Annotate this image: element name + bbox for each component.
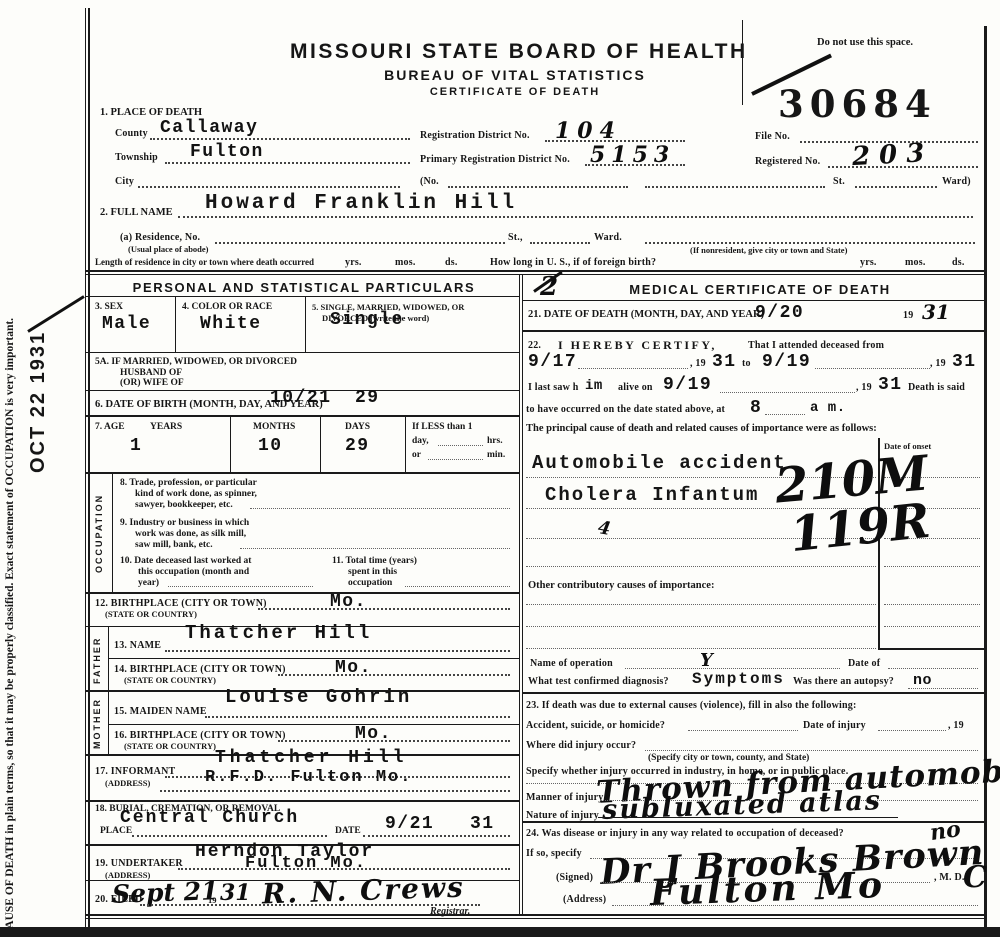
row-line	[85, 472, 519, 474]
row-line	[85, 592, 519, 594]
father-bp-label: 14. BIRTHPLACE (CITY OR TOWN)	[114, 664, 286, 676]
lastsaw-label: I last saw h	[528, 382, 578, 394]
item10-fill	[168, 586, 313, 587]
color-label: 4. COLOR OR RACE	[182, 302, 272, 313]
residence-label: (a) Residence, No.	[120, 232, 200, 244]
him-typed: im	[585, 378, 603, 394]
township-line	[165, 162, 410, 164]
address-label: (Address)	[563, 894, 606, 906]
cell-line	[175, 296, 176, 352]
file-no-label: File No.	[755, 131, 790, 143]
row-line	[85, 352, 519, 353]
from-year: 31	[712, 352, 737, 372]
bp-label: 12. BIRTHPLACE (CITY OR TOWN)	[95, 598, 267, 610]
onset-line5	[884, 604, 980, 605]
operation-mark: Y	[700, 650, 713, 671]
received-date-stamp: OCT 22 1931	[27, 278, 50, 473]
s23-where-label: Where did injury occur?	[526, 740, 636, 752]
cause-line4	[526, 566, 876, 567]
less-label1: If LESS than 1	[412, 422, 472, 433]
onset-box-bottom	[878, 648, 985, 650]
county-label: County	[115, 128, 148, 140]
township-value: Fulton	[190, 142, 264, 162]
informant-value: Thatcher Hill	[215, 748, 407, 768]
burial-date-value: 9/21	[385, 814, 434, 834]
physician-address: Fulton Mo	[649, 864, 885, 914]
item9-fill	[240, 548, 510, 549]
howlong-ds: ds.	[952, 257, 965, 269]
informant-sub: (ADDRESS)	[105, 779, 150, 788]
dod-19: 19	[903, 310, 913, 322]
mother-bp-line	[278, 740, 510, 742]
header-divider	[742, 20, 743, 105]
father-name-label: 13. NAME	[114, 640, 161, 652]
primreg-value: 5153	[590, 142, 675, 168]
howlong-label: How long in U. S., if of foreign birth?	[490, 257, 656, 269]
city-label: City	[115, 176, 134, 188]
days-label: DAYS	[345, 422, 370, 433]
item8-line2: kind of work done, as spinner,	[135, 489, 257, 500]
city-no-label: (No.	[420, 176, 439, 188]
bp-line	[258, 608, 510, 610]
dod-year-value: 31	[922, 300, 950, 324]
full-name-value: Howard Franklin Hill	[205, 192, 517, 215]
signed-label: (Signed)	[556, 872, 593, 884]
s23-19: , 19	[948, 720, 964, 732]
single-value: Single	[330, 310, 404, 330]
from-19: , 19	[690, 358, 706, 370]
section-line	[523, 821, 985, 823]
dob-year: 29	[355, 388, 380, 408]
wife-label: (OR) WIFE OF	[120, 378, 184, 389]
undertaker-address-value: Fulton Mo.	[245, 854, 367, 873]
less-label3: or	[412, 450, 421, 461]
length-yrs: yrs.	[345, 257, 362, 269]
father-bp-line	[278, 674, 510, 676]
years-label: YEARS	[150, 422, 182, 433]
bottom-line2	[85, 918, 985, 919]
length-ds: ds.	[445, 257, 458, 269]
cell-line	[405, 417, 406, 472]
bottom-line	[85, 914, 985, 916]
form-right-border	[984, 26, 987, 928]
title-line2: BUREAU OF VITAL STATISTICS	[290, 67, 740, 83]
to-year: 31	[952, 352, 977, 372]
principal-label: The principal cause of death and related…	[526, 423, 877, 434]
age-days-value: 29	[345, 436, 370, 456]
md-label: , M. D.	[934, 872, 965, 884]
burial-place-line	[132, 835, 327, 837]
township-label: Township	[115, 152, 158, 164]
color-value: White	[200, 314, 262, 334]
howlong-yrs: yrs.	[860, 257, 877, 269]
burial-year-value: 31	[470, 814, 495, 834]
mother-name-value: Louise Gohrin	[225, 686, 412, 708]
from-line	[578, 368, 688, 369]
lastsaw-19: , 19	[856, 382, 872, 394]
manner-label: Manner of injury	[526, 792, 603, 804]
nonres-line	[645, 242, 975, 244]
lastsaw-value: 9/19	[663, 375, 712, 395]
item10-line2: this occupation (month and	[138, 567, 249, 578]
age-label: 7. AGE	[95, 422, 125, 433]
item11-fill	[405, 586, 510, 587]
full-name-label: 2. FULL NAME	[100, 206, 173, 219]
cell-line	[320, 417, 321, 472]
mother-bp-label: 16. BIRTHPLACE (CITY OR TOWN)	[114, 730, 286, 742]
form-title: MISSOURI STATE BOARD OF HEALTH BUREAU OF…	[290, 40, 740, 98]
s24-label: 24. Was disease or injury in any way rel…	[526, 828, 844, 840]
abode-note: (Usual place of abode)	[128, 245, 209, 254]
occ-strip-line	[112, 474, 113, 592]
nature-label: Nature of injury	[526, 810, 599, 822]
residence-ward: Ward.	[594, 232, 622, 244]
less-label2b: hrs.	[487, 436, 503, 447]
certify-no: 22.	[528, 340, 541, 352]
city-street-line	[645, 186, 825, 188]
cause2-value: Cholera Infantum	[545, 484, 759, 506]
s23-line1: 23. If death was due to external causes …	[526, 700, 857, 712]
sex-value: Male	[102, 314, 151, 334]
regdist-label: Registration District No.	[420, 130, 530, 142]
father-bp-value: Mo.	[335, 658, 372, 678]
item9-line2: work was done, as silk mill,	[135, 529, 246, 540]
operation-line	[625, 668, 840, 669]
cell-line	[305, 296, 306, 352]
autopsy-line	[908, 688, 978, 689]
residence-st-line	[530, 242, 590, 244]
city-no-line	[448, 186, 628, 188]
address-line	[612, 905, 978, 906]
months-label: MONTHS	[253, 422, 295, 433]
contrib-line2	[526, 626, 876, 627]
certify-rest: That I attended deceased from	[748, 340, 884, 352]
burial-date-line	[363, 835, 510, 837]
county-line	[150, 138, 410, 140]
top-section-divider	[85, 270, 985, 272]
autopsy-label: Was there an autopsy?	[793, 676, 894, 688]
s23-where-line	[645, 750, 978, 751]
attended-to-value: 9/19	[762, 352, 811, 372]
occupation-side-label: OCCUPATION	[94, 478, 104, 588]
personal-header-line	[85, 296, 519, 297]
death-certificate: CAUSE OF DEATH in plain terms, so that i…	[0, 0, 1000, 937]
onset-line4	[884, 566, 980, 567]
item8-line3: sawyer, bookkeeper, etc.	[135, 500, 233, 511]
undertaker-label: 19. UNDERTAKER	[95, 858, 183, 870]
primreg-label: Primary Registration District No.	[420, 154, 570, 166]
column-divider	[519, 274, 520, 916]
title-line3: CERTIFICATE OF DEATH	[290, 86, 740, 98]
contrib-line3	[526, 648, 876, 649]
informant-addr-line	[160, 790, 510, 792]
item11-line3: occupation	[348, 578, 392, 589]
column-divider2	[522, 274, 523, 916]
item9-line1: 9. Industry or business in which	[120, 518, 249, 529]
dod-label: 21. DATE OF DEATH (MONTH, DAY, AND YEAR)	[528, 308, 764, 321]
city-line	[138, 186, 400, 188]
attended-from-value: 9/17	[528, 352, 577, 372]
to-19: , 19	[930, 358, 946, 370]
lastsaw-line	[720, 392, 855, 393]
mother-name-label: 15. MAIDEN NAME	[114, 706, 207, 718]
row-line	[85, 800, 519, 802]
contributory-label: Other contributory causes of importance:	[528, 580, 714, 591]
s23-dateinjury-line	[878, 730, 946, 731]
dob-value: 10/21	[270, 388, 332, 408]
deathsaid-label: Death is said	[908, 382, 965, 394]
item11-line2: spent in this	[348, 567, 397, 578]
hour-line	[765, 414, 805, 415]
residence-line	[215, 242, 505, 244]
form-left-border	[85, 8, 86, 928]
test-value: Symptoms	[692, 670, 785, 688]
burial-place-label: PLACE	[100, 826, 132, 837]
hour-value: 8	[750, 398, 762, 418]
registered-no-label: Registered No.	[755, 156, 820, 168]
nonres-note: (If nonresident, give city or town and S…	[690, 246, 847, 255]
s23-specify-city: (Specify city or town, county, and State…	[648, 753, 809, 763]
margin-note: CAUSE OF DEATH in plain terms, so that i…	[4, 0, 17, 937]
certificate-number: 30684	[778, 82, 937, 126]
certify-bold: I HEREBY CERTIFY,	[558, 338, 717, 353]
s23-dateinjury-label: Date of injury	[803, 720, 866, 732]
age-months-value: 10	[258, 436, 283, 456]
length-mos: mos.	[395, 257, 416, 269]
mother-name-line	[205, 716, 510, 718]
onset-line6	[884, 626, 980, 627]
regdist-value: 104	[555, 118, 622, 144]
row-line	[108, 658, 519, 659]
registered-no-value: 203	[851, 138, 934, 172]
contrib-line1	[526, 604, 876, 605]
bp-value: Mo.	[330, 592, 367, 612]
cause1-value: Automobile accident	[532, 452, 787, 474]
mother-side-label: MOTHER	[92, 695, 102, 753]
section-line	[523, 692, 985, 694]
mother-bp-sub: (STATE OR COUNTRY)	[124, 742, 216, 751]
stray-pen-mark: 4	[596, 517, 612, 540]
am-value: a m.	[810, 400, 846, 416]
filed-year-value: 31	[220, 880, 251, 906]
title-line1: MISSOURI STATE BOARD OF HEALTH	[290, 40, 740, 64]
row-line	[523, 330, 985, 332]
less-label3b: min.	[487, 450, 505, 461]
cell-line	[230, 417, 231, 472]
aliveon-label: alive on	[618, 382, 653, 394]
father-bp-sub: (STATE OR COUNTRY)	[124, 676, 216, 685]
sex-label: 3. SEX	[95, 302, 123, 313]
father-name-line	[165, 650, 510, 652]
min-line	[428, 459, 483, 460]
item11-line1: 11. Total time (years)	[332, 556, 417, 567]
date-of-line	[888, 668, 978, 669]
county-value: Callaway	[160, 118, 258, 138]
to-line	[815, 368, 930, 369]
age-years-value: 1	[130, 436, 142, 456]
howlong-mos: mos.	[905, 257, 926, 269]
married-label: 5A. IF MARRIED, WIDOWED, OR DIVORCED	[95, 357, 297, 368]
form-bottom-bar	[0, 927, 1000, 937]
father-name-value: Thatcher Hill	[185, 622, 372, 644]
less-label2: day,	[412, 436, 429, 447]
item8-line1: 8. Trade, profession, or particular	[120, 478, 257, 489]
operation-label: Name of operation	[530, 658, 613, 670]
nature-underline	[598, 817, 898, 818]
item10-line1: 10. Date deceased last worked at	[120, 556, 251, 567]
residence-st: St.,	[508, 232, 523, 244]
burial-place-value: Central Church	[120, 808, 299, 828]
hrs-line	[438, 445, 483, 446]
mother-bp-value: Mo.	[355, 724, 392, 744]
father-strip-line	[108, 627, 109, 693]
medical-header-line	[523, 300, 985, 301]
city-st-label: St.	[833, 176, 845, 188]
dod-value: 9/20	[755, 303, 804, 323]
occurred-label: to have occurred on the date stated abov…	[526, 404, 725, 416]
item9-line3: saw mill, bank, etc.	[135, 540, 213, 551]
length-label: Length of residence in city or town wher…	[95, 258, 314, 268]
informant-address-value: R.F.D. Fulton Mo.	[205, 768, 412, 787]
informant-label: 17. INFORMANT	[95, 766, 175, 778]
autopsy-value: no	[913, 672, 932, 689]
row-line	[85, 415, 519, 417]
do-not-use-label: Do not use this space.	[750, 36, 980, 49]
to-label: to	[742, 358, 751, 370]
filed-line	[140, 904, 480, 906]
medical-header: MEDICAL CERTIFICATE OF DEATH	[560, 282, 960, 297]
city-st-line	[855, 186, 937, 188]
lastsaw-year: 31	[878, 375, 903, 395]
s23-accident-label: Accident, suicide, or homicide?	[526, 720, 665, 732]
test-label: What test confirmed diagnosis?	[528, 676, 669, 688]
personal-header: PERSONAL AND STATISTICAL PARTICULARS	[90, 280, 518, 295]
top-section-divider2	[85, 274, 985, 275]
form-left-border2	[88, 8, 90, 928]
city-ward-label: Ward)	[942, 176, 971, 188]
md-flourish: C	[963, 860, 987, 895]
s23-accident-line	[688, 730, 798, 731]
ifso-label: If so, specify	[526, 848, 582, 860]
item8-fill	[250, 508, 510, 509]
item10-line3: year)	[138, 578, 159, 589]
date-of-label: Date of	[848, 658, 880, 670]
row-line	[108, 724, 519, 725]
father-side-label: FATHER	[92, 630, 102, 690]
burial-date-label: DATE	[335, 826, 361, 837]
bp-sub: (STATE OR COUNTRY)	[105, 610, 197, 619]
full-name-line	[178, 216, 973, 218]
